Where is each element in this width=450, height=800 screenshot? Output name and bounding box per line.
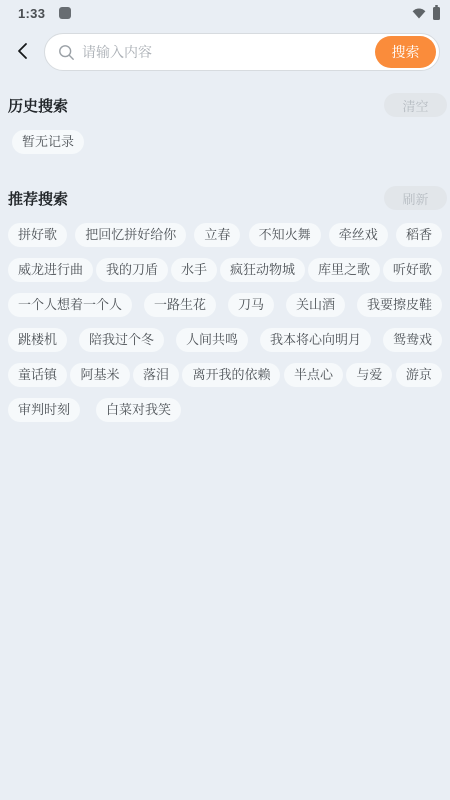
tag-chip[interactable]: 审判时刻 bbox=[8, 398, 80, 422]
history-tags: 暂无记录 bbox=[0, 117, 450, 154]
search-box[interactable]: 搜索 bbox=[44, 33, 440, 71]
recommend-title: 推荐搜索 bbox=[8, 188, 68, 209]
tag-chip[interactable]: 陪我过个冬 bbox=[79, 328, 164, 352]
search-button[interactable]: 搜索 bbox=[375, 36, 436, 68]
tag-chip[interactable]: 童话镇 bbox=[8, 363, 67, 387]
tag-chip[interactable]: 把回忆拼好给你 bbox=[75, 223, 186, 247]
tag-chip[interactable]: 阿基米 bbox=[70, 363, 129, 387]
tag-chip[interactable]: 人间共鸣 bbox=[176, 328, 248, 352]
tag-chip[interactable]: 听好歌 bbox=[383, 258, 442, 282]
recommend-tags: 拼好歌 把回忆拼好给你 立春 不知火舞 牵丝戏 稻香 威龙进行曲 我的刀盾 水手… bbox=[0, 210, 450, 422]
tag-chip[interactable]: 我的刀盾 bbox=[96, 258, 168, 282]
tag-row: 审判时刻 白菜对我笑 bbox=[8, 398, 442, 422]
tag-chip[interactable]: 我要擦皮鞋 bbox=[357, 293, 442, 317]
tag-chip[interactable]: 离开我的依赖 bbox=[182, 363, 280, 387]
tag-chip[interactable]: 游京 bbox=[396, 363, 442, 387]
tag-chip[interactable]: 立春 bbox=[194, 223, 240, 247]
status-icons bbox=[412, 7, 440, 20]
tag-row: 跳楼机 陪我过个冬 人间共鸣 我本将心向明月 鸳鸯戏 bbox=[8, 328, 442, 352]
tag-chip[interactable]: 我本将心向明月 bbox=[260, 328, 371, 352]
tag-chip[interactable]: 一个人想着一个人 bbox=[8, 293, 132, 317]
wifi-icon bbox=[412, 8, 426, 19]
history-empty-chip: 暂无记录 bbox=[12, 130, 84, 154]
tag-row: 一个人想着一个人 一路生花 刀马 关山酒 我要擦皮鞋 bbox=[8, 293, 442, 317]
battery-icon bbox=[433, 7, 440, 20]
tag-chip[interactable]: 疯狂动物城 bbox=[220, 258, 305, 282]
tag-row: 威龙进行曲 我的刀盾 水手 疯狂动物城 库里之歌 听好歌 bbox=[8, 258, 442, 282]
status-time: 1:33 bbox=[18, 6, 45, 21]
chevron-left-icon bbox=[14, 42, 32, 63]
back-button[interactable] bbox=[6, 35, 40, 69]
tag-chip[interactable]: 牵丝戏 bbox=[329, 223, 388, 247]
tag-row: 童话镇 阿基米 落泪 离开我的依赖 半点心 与爱 游京 bbox=[8, 363, 442, 387]
tag-chip[interactable]: 鸳鸯戏 bbox=[383, 328, 442, 352]
tag-chip[interactable]: 稻香 bbox=[396, 223, 442, 247]
tag-chip[interactable]: 水手 bbox=[171, 258, 217, 282]
screen-record-icon bbox=[59, 7, 71, 19]
tag-chip[interactable]: 威龙进行曲 bbox=[8, 258, 93, 282]
clear-history-button[interactable]: 清空 bbox=[384, 93, 447, 117]
tag-chip[interactable]: 与爱 bbox=[346, 363, 392, 387]
search-input[interactable] bbox=[82, 44, 375, 60]
status-bar: 1:33 bbox=[0, 0, 450, 24]
tag-chip[interactable]: 关山酒 bbox=[286, 293, 345, 317]
search-header: 搜索 bbox=[0, 24, 450, 77]
tag-chip[interactable]: 刀马 bbox=[228, 293, 274, 317]
tag-chip[interactable]: 落泪 bbox=[133, 363, 179, 387]
history-section-header: 历史搜索 清空 bbox=[0, 93, 450, 117]
refresh-button[interactable]: 刷新 bbox=[384, 186, 447, 210]
tag-chip[interactable]: 拼好歌 bbox=[8, 223, 67, 247]
tag-chip[interactable]: 半点心 bbox=[284, 363, 343, 387]
tag-chip[interactable]: 白菜对我笑 bbox=[96, 398, 181, 422]
tag-row: 拼好歌 把回忆拼好给你 立春 不知火舞 牵丝戏 稻香 bbox=[8, 223, 442, 247]
history-title: 历史搜索 bbox=[8, 95, 68, 116]
tag-chip[interactable]: 跳楼机 bbox=[8, 328, 67, 352]
recommend-section-header: 推荐搜索 刷新 bbox=[0, 186, 450, 210]
search-icon bbox=[58, 44, 75, 61]
tag-chip[interactable]: 不知火舞 bbox=[249, 223, 321, 247]
tag-chip[interactable]: 库里之歌 bbox=[308, 258, 380, 282]
tag-chip[interactable]: 一路生花 bbox=[144, 293, 216, 317]
